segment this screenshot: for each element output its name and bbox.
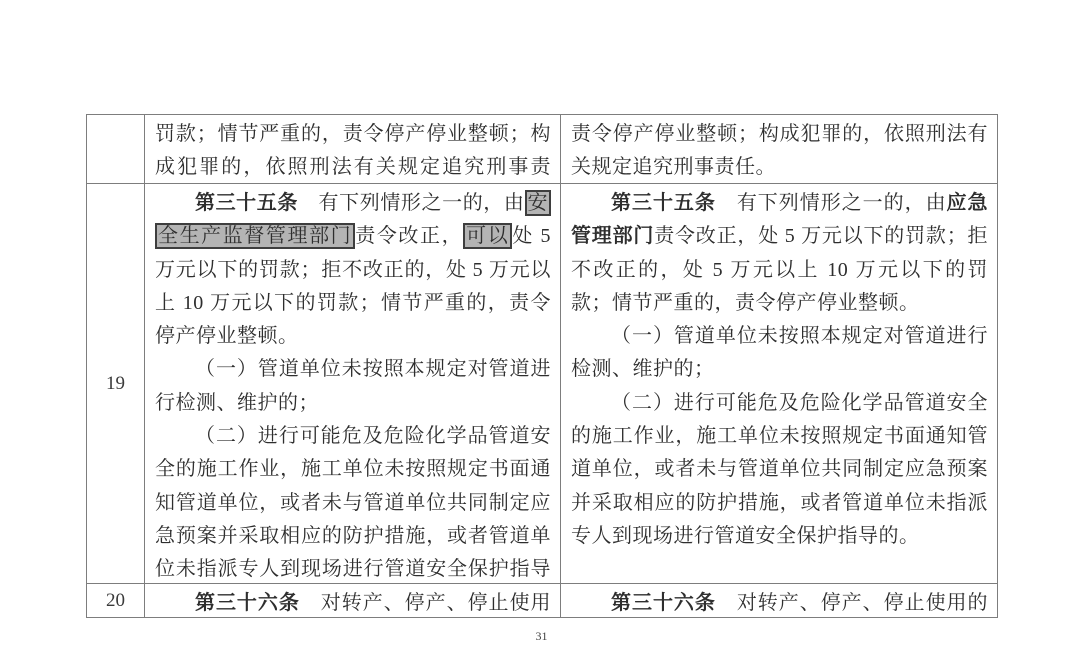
row-number-cell	[87, 115, 145, 184]
clause-paragraph: （一）管道单位未按照本规定对管道进行检测、维护的；	[571, 320, 988, 387]
body-text: （一）管道单位未按照本规定对管道进行检测、维护的；	[571, 325, 988, 380]
row-number-cell: 20	[87, 584, 145, 618]
clause-cell-left: 第三十五条 有下列情形之一的，由安全生产监督管理部门责令改正，可以处 5 万元以…	[145, 184, 561, 584]
clause-cell-right: 责令停产停业整顿；构成犯罪的，依照刑法有关规定追究刑事责任。	[561, 115, 998, 184]
body-text: （二）进行可能危及危险化学品管道安全的施工作业，施工单位未按照规定书面通知管道单…	[155, 425, 551, 584]
clause-paragraph: （二）进行可能危及危险化学品管道安全的施工作业，施工单位未按照规定书面通知管道单…	[155, 420, 551, 584]
body-text: 有下列情形之一的，由	[716, 192, 947, 214]
body-text: 有下列情形之一的，由	[298, 192, 525, 214]
page-number: 31	[86, 629, 997, 644]
clause-paragraph: 责令停产停业整顿；构成犯罪的，依照刑法有关规定追究刑事责任。	[571, 118, 988, 184]
clause-paragraph: 第三十五条 有下列情形之一的，由安全生产监督管理部门责令改正，可以处 5 万元以…	[155, 187, 551, 353]
clause-cell-left: 第三十六条 对转产、停产、停止使用的	[145, 584, 561, 618]
clause-cell-right: 第三十五条 有下列情形之一的，由应急管理部门责令改正，处 5 万元以下的罚款；拒…	[561, 184, 998, 584]
emphasized-text: 第三十六条	[195, 592, 300, 614]
emphasized-text: 第三十五条	[611, 192, 716, 214]
clause-paragraph: 第三十六条 对转产、停产、停止使用的	[155, 587, 551, 618]
comparison-table: 罚款；情节严重的，责令停产停业整顿；构成犯罪的，依照刑法有关规定追究刑事责任。责…	[86, 114, 998, 618]
clause-cell-left: 罚款；情节严重的，责令停产停业整顿；构成犯罪的，依照刑法有关规定追究刑事责任。	[145, 115, 561, 184]
emphasized-text: 第三十六条	[611, 592, 716, 614]
clause-paragraph: 第三十五条 有下列情形之一的，由应急管理部门责令改正，处 5 万元以下的罚款；拒…	[571, 187, 988, 320]
emphasized-text: 第三十五条	[195, 192, 298, 214]
body-text: 责令停产停业整顿；构成犯罪的，依照刑法有关规定追究刑事责任。	[571, 123, 988, 178]
clause-paragraph: （二）进行可能危及危险化学品管道安全的施工作业，施工单位未按照规定书面通知管道单…	[571, 387, 988, 553]
body-text: （二）进行可能危及危险化学品管道安全的施工作业，施工单位未按照规定书面通知管道单…	[571, 392, 988, 547]
deleted-text-highlight: 可以	[463, 223, 512, 249]
row-number-cell: 19	[87, 184, 145, 584]
clause-paragraph: 第三十六条 对转产、停产、停止使用的危	[571, 587, 988, 618]
clause-cell-right: 第三十六条 对转产、停产、停止使用的危	[561, 584, 998, 618]
body-text: 罚款；情节严重的，责令停产停业整顿；构成犯罪的，依照刑法有关规定追究刑事责任。	[155, 123, 551, 184]
body-text: （一）管道单位未按照本规定对管道进行检测、维护的；	[155, 358, 551, 413]
clause-paragraph: 罚款；情节严重的，责令停产停业整顿；构成犯罪的，依照刑法有关规定追究刑事责任。	[155, 118, 551, 184]
body-text: 责令改正，	[355, 225, 463, 247]
clause-paragraph: （一）管道单位未按照本规定对管道进行检测、维护的；	[155, 353, 551, 420]
